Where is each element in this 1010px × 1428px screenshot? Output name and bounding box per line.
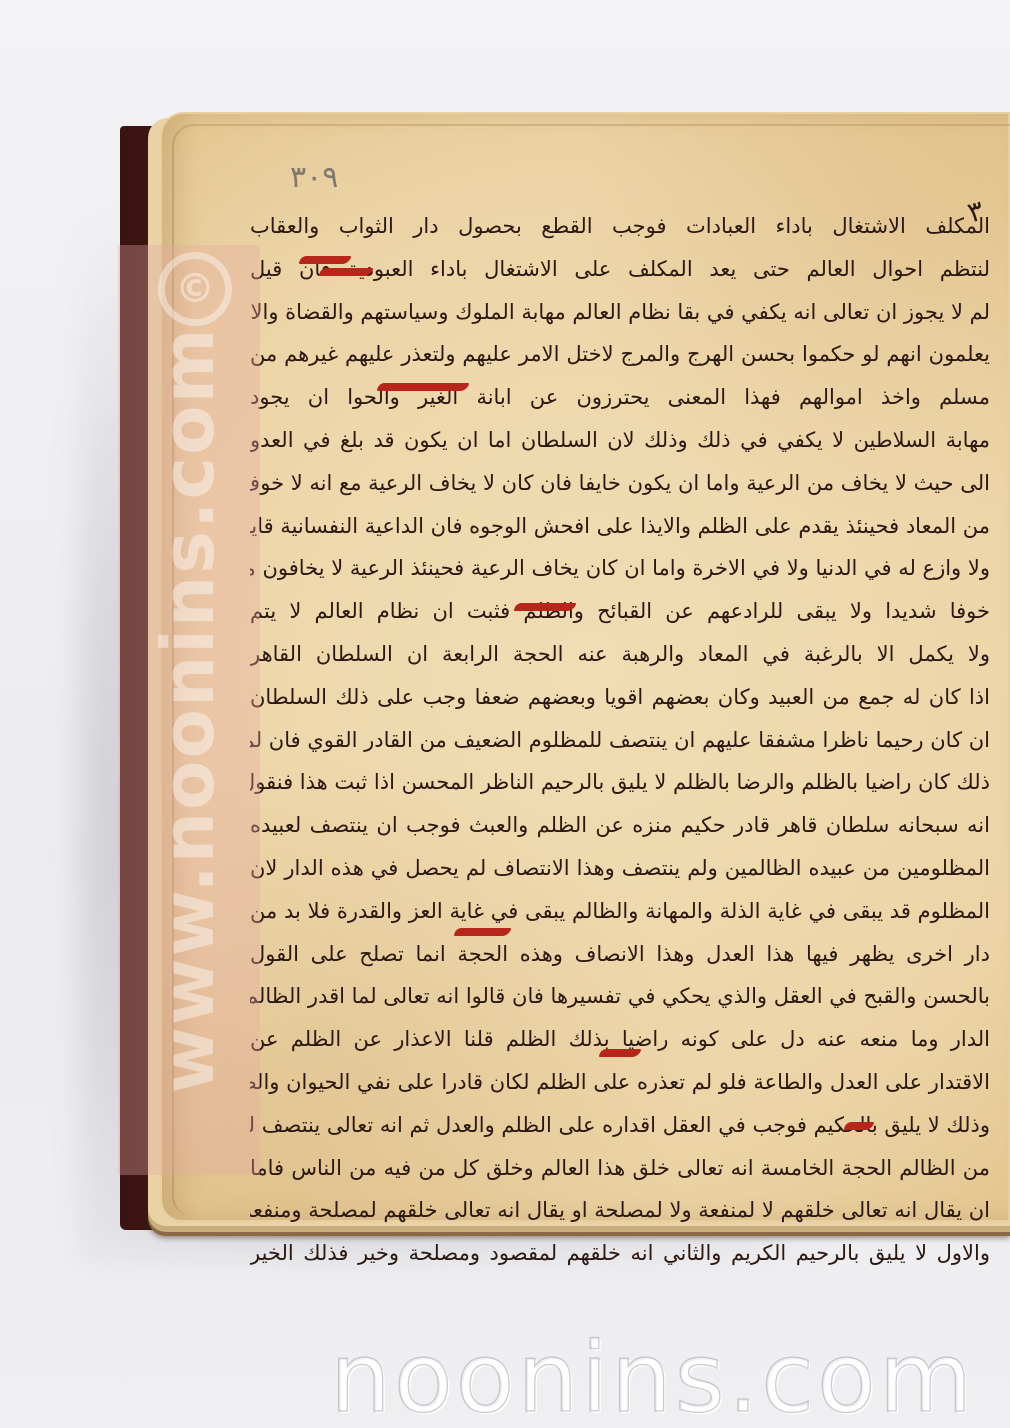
manuscript-text-block: المكلف الاشتغال باداء العبادات فوجب القط… [250,205,990,1275]
rubric-mark [514,603,577,611]
folio-number: ٣٠٩ [290,160,338,195]
text-line: من الظالم الحجة الخامسة انه تعالى خلق هذ… [250,1147,990,1190]
text-line: ولا يكمل الا بالرغبة في المعاد والرهبة ع… [250,633,990,676]
text-line: لم لا يجوز ان تعالى انه يكفي في بقا نظام… [250,291,990,334]
text-line: الى حيث لا يخاف من الرعية واما ان يكون خ… [250,462,990,505]
text-line: ولا وازع له في الدنيا ولا في الاخرة واما… [250,547,990,590]
rubric-mark [599,1049,642,1057]
rubric-mark [299,256,352,264]
text-line: الاقتدار على العدل والطاعة فلو لم تعذره … [250,1061,990,1104]
text-line: يعلمون انهم لو حكموا بحسن الهرج والمرج ل… [250,333,990,376]
text-line: اذا كان له جمع من العبيد وكان بعضهم اقوي… [250,676,990,719]
text-line: مهابة السلاطين لا يكفي في ذلك وذلك لان ا… [250,419,990,462]
rubric-mark [454,928,512,936]
text-line: والاول لا يليق بالرحيم الكريم والثاني ان… [250,1232,990,1275]
text-line: مسلم واخذ اموالهم فهذا المعنى يحترزون عن… [250,376,990,419]
text-line: المظلوم قد يبقى في غاية الذلة والمهانة و… [250,890,990,933]
text-line: خوفا شديدا ولا يبقى للرادعهم عن القبائح … [250,590,990,633]
text-line: انه سبحانه سلطان قاهر قادر حكيم منزه عن … [250,804,990,847]
text-line: دار اخرى يظهر فيها هذا العدل وهذا الانصا… [250,933,990,976]
rubric-mark [319,268,374,276]
text-line: وذلك لا يليق بالحكيم فوجب في العقل اقدار… [250,1104,990,1147]
vertical-watermark: www.noonins.com [146,326,230,1093]
bottom-watermark: noonins.com [330,1322,1010,1428]
rubric-mark [377,383,470,391]
text-line: المكلف الاشتغال باداء العبادات فوجب القط… [250,205,990,248]
text-line: بالحسن والقبح في العقل والذي يحكي في تفس… [250,975,990,1018]
text-line: المظلومين من عبيده الظالمين ولم ينتصف وه… [250,847,990,890]
text-line: ذلك كان راضيا بالظلم والرضا بالظلم لا يل… [250,761,990,804]
copyright-icon: © [158,252,232,326]
text-line: من المعاد فحينئذ يقدم على الظلم والايذا … [250,505,990,548]
text-line: ان كان رحيما ناظرا مشفقا عليهم ان ينتصف … [250,719,990,762]
text-line: ان يقال انه تعالى خلقهم لا لمنفعة ولا لم… [250,1189,990,1232]
